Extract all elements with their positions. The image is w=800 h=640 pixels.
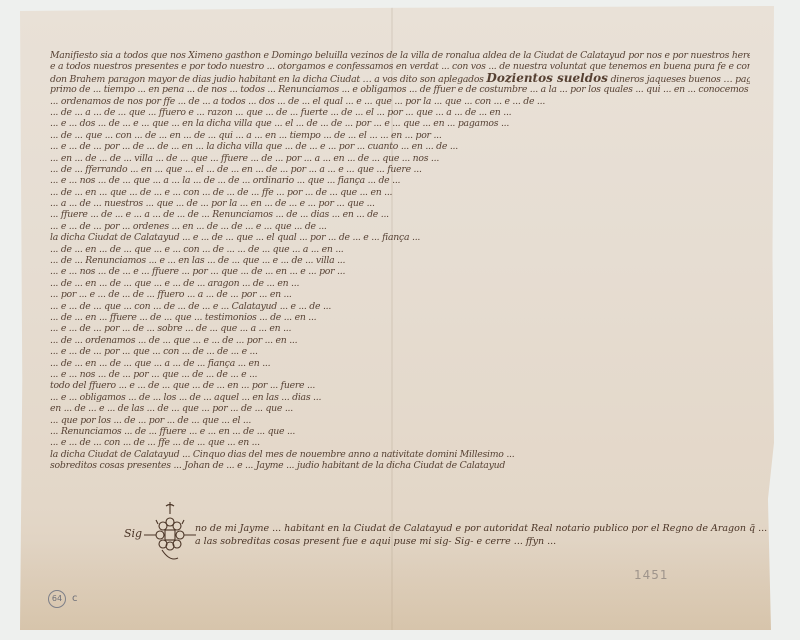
charter-body-text: Manifiesto sia a todos que nos Ximeno ga… xyxy=(50,50,750,471)
text-line: ... e ... nos ... de ... que ... a ... l… xyxy=(50,175,750,186)
text-line: Manifiesto sia a todos que nos Ximeno ga… xyxy=(50,50,750,61)
text-line: ... Renunciamos ... de ... ffuere ... e … xyxy=(50,426,750,437)
text-line: ... e ... de ... por ... ordenes ... en … xyxy=(50,221,750,232)
pencil-annotation: 64c xyxy=(48,590,78,608)
text-line-end: dineros jaqueses buenos … pagar … el dia… xyxy=(608,74,750,84)
text-line: ... de ... ordenamos ... de ... que ... … xyxy=(50,335,750,346)
text-line: ... e ... de ... con ... de ... ffe ... … xyxy=(50,437,750,448)
text-line: en ... de ... e ... de las ... de ... qu… xyxy=(50,403,750,414)
text-line: ... en ... de ... de ... villa ... de ..… xyxy=(50,153,750,164)
text-line: ... e ... de ... que ... con ... de ... … xyxy=(50,301,750,312)
text-line: la dicha Ciudat de Calatayud ... Cinquo … xyxy=(50,449,750,460)
text-line: ... e ... nos ... de ... por ... que ...… xyxy=(50,369,750,380)
text-line: ... de ... en ... de ... que ... e ... d… xyxy=(50,278,750,289)
text-line: ... e ... obligamos ... de ... los ... d… xyxy=(50,392,750,403)
circled-number: 64 xyxy=(48,590,66,608)
subscription-line: a las sobreditas cosas present fue e aqu… xyxy=(195,535,575,548)
subscription-line: no de mi Jayme ... habitant en la Ciudat… xyxy=(195,522,575,535)
text-line: e a todos nuestros presentes e por todo … xyxy=(50,61,750,72)
text-line: ... ffuere ... de ... e ... a ... de ...… xyxy=(50,209,750,220)
text-line: ... e ... dos ... de ... e ... que ... e… xyxy=(50,118,750,129)
text-line: ... por ... e ... de ... de ... ffuero .… xyxy=(50,289,750,300)
text-line: la dicha Ciudat de Calatayud ... e ... d… xyxy=(50,232,750,243)
text-line-with-sum: don Brahem paragon mayor de dias judio h… xyxy=(50,73,750,84)
text-line: primo de ... tiempo ... en pena ... de n… xyxy=(50,84,750,95)
text-line: ... e ... de ... por ... de ... sobre ..… xyxy=(50,323,750,334)
text-line: ... de ... en ... de ... que ... a ... d… xyxy=(50,358,750,369)
text-line: ... que por los ... de ... por ... de ..… xyxy=(50,415,750,426)
text-line: ... de ... en ... de ... que ... e ... c… xyxy=(50,244,750,255)
text-line: todo del ffuero ... e ... de ... que ...… xyxy=(50,380,750,391)
text-line: ... e ... de ... por ... que ... con ...… xyxy=(50,346,750,357)
text-line: ... a ... de ... nuestros ... que ... de… xyxy=(50,198,750,209)
text-line: ... e ... nos ... de ... e ... ffuere ..… xyxy=(50,266,750,277)
text-line: ... ordenamos de nos por ffe ... de ... … xyxy=(50,96,750,107)
notarial-sign-icon xyxy=(122,500,202,564)
text-line: sobreditos cosas presentes ... Johan de … xyxy=(50,460,750,471)
text-line: ... de ... Renunciamos ... e ... en las … xyxy=(50,255,750,266)
text-line: ... e ... de ... por ... de ... de ... e… xyxy=(50,141,750,152)
text-line: ... de ... en ... ffuere ... de ... que … xyxy=(50,312,750,323)
text-line-start: don Brahem paragon mayor de dias judio h… xyxy=(50,74,486,84)
archive-number: 1451 xyxy=(634,568,669,582)
text-line: ... de ... a ... de ... que ... ffuero e… xyxy=(50,107,750,118)
text-line: ... de ... que ... con ... de ... en ...… xyxy=(50,130,750,141)
sum-phrase: Dozientos sueldos xyxy=(486,73,607,84)
pencil-letter: c xyxy=(72,593,78,604)
text-line: ... de ... en ... que ... de ... e ... c… xyxy=(50,187,750,198)
text-line: ... de ... fferrando ... en ... que ... … xyxy=(50,164,750,175)
notary-subscription: no de mi Jayme ... habitant en la Ciudat… xyxy=(195,522,575,548)
